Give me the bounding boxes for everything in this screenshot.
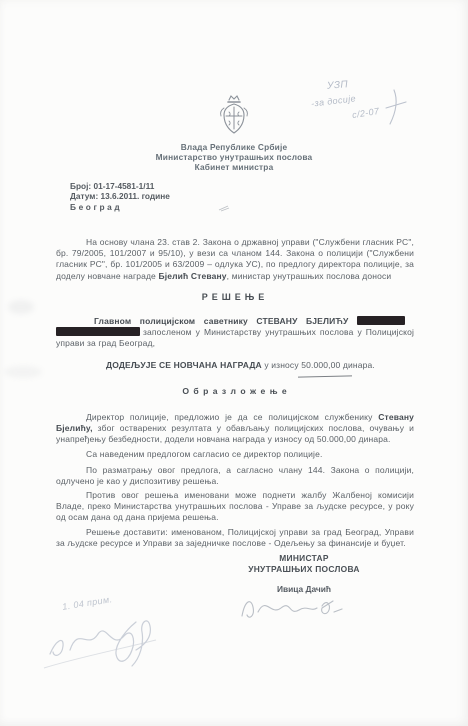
doc-number: Број: 01-17-4581-1/11	[70, 181, 170, 191]
recipient-signature-scribble	[36, 610, 176, 680]
minister-title-line1: МИНИСТАР	[223, 553, 385, 564]
explanation-paragraph-4: Против овог решења именовани може поднет…	[56, 490, 414, 524]
redaction-box	[357, 316, 405, 325]
document-meta: Број: 01-17-4581-1/11 Датум: 13.6.2011. …	[70, 181, 170, 212]
award-amount-text: у износу 50.000,00 динара.	[262, 360, 375, 370]
award-line: ДОДЕЉУЈЕ СЕ НОВЧАНА НАГРАДА у износу 50.…	[56, 360, 414, 370]
minister-title-line2: УНУТРАШЊИХ ПОСЛОВА	[223, 564, 385, 575]
scan-smudge	[4, 366, 42, 378]
award-bold-text: ДОДЕЉУЈЕ СЕ НОВЧАНА НАГРАДА	[106, 360, 262, 370]
explanation-text: због остварених резултата у обављању пол…	[56, 423, 414, 444]
explanation-heading: О б р а з л о ж е њ е	[56, 386, 414, 396]
org-name-line1: Влада Републике Србије	[94, 142, 374, 152]
intro-paragraph: На основу члана 23. став 2. Закона о држ…	[56, 237, 414, 282]
minister-signature-scribble	[236, 590, 352, 624]
org-name-line2: Министарство унутрашњих послова	[94, 152, 374, 162]
scan-smudge	[8, 300, 34, 314]
explanation-text: Директор полиције, предложио је да се по…	[86, 412, 378, 422]
doc-date: Датум: 13.6.2011. године	[70, 191, 170, 201]
doc-city: Београд	[70, 202, 170, 212]
scanned-document-page: УЗП -за досије с/2-07 Влада Републике Ср…	[0, 0, 468, 726]
serbia-coat-of-arms-icon	[219, 94, 249, 136]
handwritten-note-top-right: с/2-07	[351, 106, 380, 120]
addressee-name: Главном полицијском саветнику СТЕВАНУ БЈ…	[94, 316, 348, 326]
explanation-paragraph-3: По разматрању овог предлога, а сагласно …	[56, 465, 414, 487]
handwritten-note-top-right: -за досије	[311, 93, 357, 108]
redaction-box	[56, 327, 140, 336]
award-underline	[298, 375, 352, 377]
handwritten-note-top-right: УЗП	[327, 79, 349, 91]
explanation-paragraph-5: Решење доставити: именованом, Полицијско…	[56, 527, 414, 549]
pen-stroke-scribble	[384, 88, 414, 128]
pen-tick-scribble	[218, 204, 230, 212]
explanation-paragraph-2: Са наведеним предлогом сагласио се дирек…	[56, 449, 414, 460]
recipient-name: Бјелић Стевану	[158, 271, 226, 281]
org-name-line3: Кабинет министра	[94, 162, 374, 172]
intro-text: , министар унутрашњих послова доноси	[227, 271, 392, 281]
addressee-paragraph: Главном полицијском саветнику СТЕВАНУ БЈ…	[56, 316, 414, 350]
org-header: Влада Републике Србије Министарство унут…	[94, 142, 374, 173]
explanation-paragraph-1: Директор полиције, предложио је да се по…	[56, 412, 414, 446]
decision-heading: РЕШЕЊЕ	[56, 292, 414, 302]
minister-title: МИНИСТАР УНУТРАШЊИХ ПОСЛОВА	[223, 553, 385, 574]
